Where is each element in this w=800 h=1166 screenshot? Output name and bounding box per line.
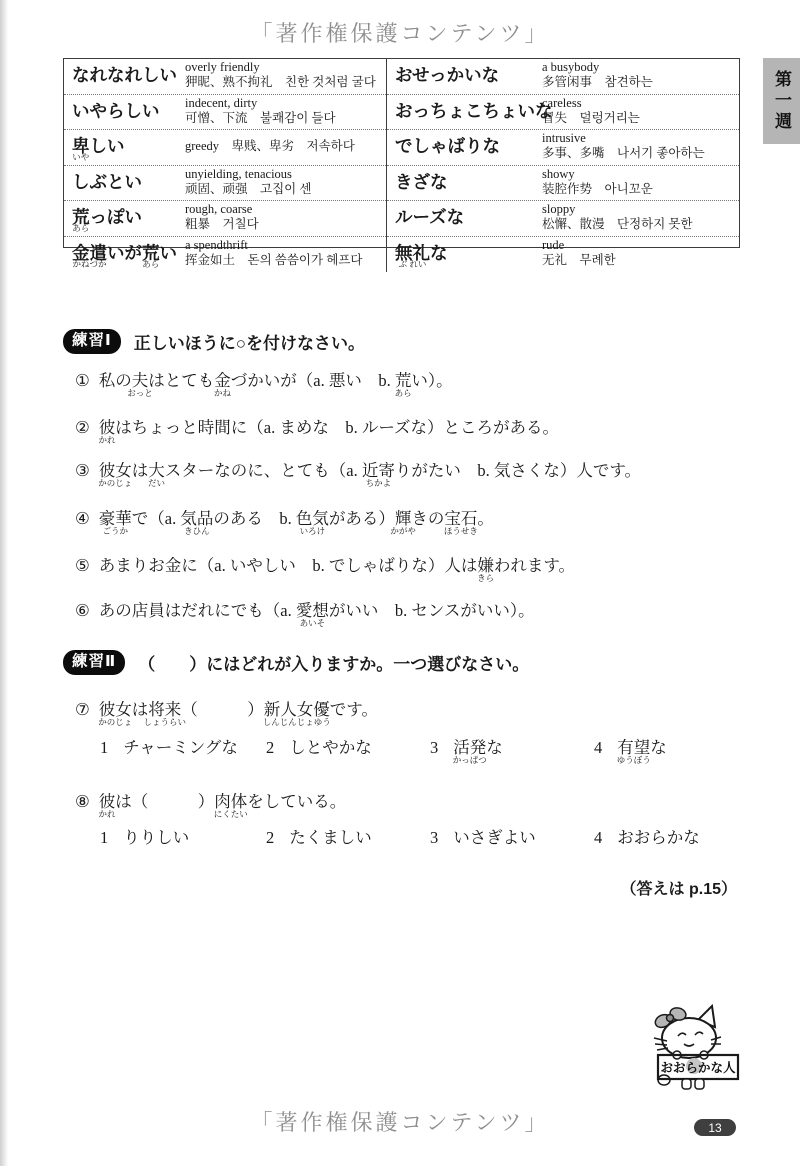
text-segment: おっちょこちょいな: [395, 101, 553, 121]
vocab-word: 荒っぽい: [66, 208, 185, 226]
text-segment: いさぎよい: [453, 828, 536, 847]
text-segment: （ ）: [181, 700, 264, 719]
text-segment: チャーミングな: [123, 738, 238, 757]
vocab-row: 無礼なrude无礼 무례한: [387, 237, 739, 273]
answer-option: 3いさぎよい: [430, 828, 536, 848]
answer-option: 3活発な: [430, 738, 503, 758]
textbook-page: 「著作権保護コンテンツ」 第一週 なれなれしいoverly friendly狎昵…: [0, 0, 800, 1166]
meaning-cjk: 可憎、下流 불쾌감이 들다: [185, 111, 382, 126]
vocab-word: ルーズな: [389, 208, 542, 226]
question-sentence: ①私の夫はとても金づかいが（a. 悪い b. 荒い）。: [75, 371, 453, 391]
vocab-meaning: a busybody多管闲事 참견하는: [542, 60, 737, 91]
week-tab-label: 第一週: [769, 70, 794, 133]
cat-mascot: おおらかな人: [650, 1002, 768, 1094]
text-segment: ルーズな: [395, 207, 464, 227]
question-number: ⑤: [75, 556, 90, 575]
question-number: ⑥: [75, 601, 90, 620]
vocab-word: おせっかいな: [389, 66, 542, 84]
answer-page-note: （答えは p.15）: [621, 876, 737, 899]
ruby-word: 輝: [395, 509, 412, 529]
ruby-word: 荒: [72, 208, 90, 226]
question-sentence: ②彼はちょっと時間に（a. まめな b. ルーズな）ところがある。: [75, 418, 559, 438]
text-segment: です。: [330, 700, 378, 719]
meaning-english: a busybody: [542, 60, 735, 75]
text-segment: い: [160, 243, 178, 263]
exercise-2-badge: 練習Ⅱ: [63, 650, 125, 675]
ruby-word: 彼女: [99, 700, 132, 720]
vocab-row: でしゃばりなintrusive多事、多嘴 나서기 좋아하는: [387, 130, 739, 166]
ruby-word: 将来: [148, 700, 181, 720]
vocab-row: きざなshowy装腔作势 아니꼬운: [387, 166, 739, 202]
option-number: 4: [594, 828, 602, 847]
ruby-word: 荒: [395, 371, 412, 391]
vocab-word: おっちょこちょいな: [389, 102, 542, 120]
question-number: ③: [75, 461, 90, 480]
meaning-english: indecent, dirty: [185, 96, 382, 111]
copyright-header: 「著作権保護コンテンツ」: [0, 17, 800, 48]
text-segment: りがたい b. 気さくな）人です。: [395, 461, 641, 480]
ruby-word: 愛想: [296, 601, 329, 621]
week-tab: 第一週: [763, 58, 800, 144]
vocab-meaning: indecent, dirty可憎、下流 불쾌감이 들다: [185, 96, 384, 127]
meaning-english: overly friendly: [185, 60, 382, 75]
meaning-cjk: 松懈、散漫 단정하지 못한: [542, 217, 735, 232]
vocab-word: 無礼な: [389, 244, 542, 262]
text-segment: な: [486, 738, 503, 757]
meaning-english: unyielding, tenacious: [185, 167, 382, 182]
question-sentence: ⑤あまりお金に（a. いやしい b. でしゃばりな）人は嫌われます。: [75, 556, 575, 576]
vocab-row: 卑しいgreedy 卑贱、卑劣 저속하다: [64, 130, 386, 166]
question-sentence: ⑥あの店員はだれにでも（a. 愛想がいい b. センスがいい）。: [75, 601, 535, 621]
vocab-meaning: sloppy松懈、散漫 단정하지 못한: [542, 202, 737, 233]
meaning-cjk: 冒失 덜렁거리는: [542, 111, 735, 126]
vocab-row: いやらしいindecent, dirty可憎、下流 불쾌감이 들다: [64, 95, 386, 131]
vocab-meaning: greedy 卑贱、卑劣 저속하다: [185, 139, 384, 154]
exercise-2-instruction: （ ）にはどれが入りますか。一つ選びなさい。: [138, 650, 529, 675]
meaning-english: sloppy: [542, 202, 735, 217]
exercise-1-header: 練習Ⅰ 正しいほうに○を付けなさい。: [63, 329, 365, 354]
ruby-word: 豪華: [99, 509, 132, 529]
vocab-row: しぶといunyielding, tenacious顽固、顽强 고집이 센: [64, 166, 386, 202]
vocab-column-left: なれなれしいoverly friendly狎昵、熟不拘礼 친한 것처럼 굴다いや…: [64, 59, 386, 272]
option-number: 4: [594, 738, 602, 757]
vocab-word: 金遣いが荒い: [66, 244, 185, 262]
text-segment: いが: [107, 243, 142, 263]
question-number: ②: [75, 418, 90, 437]
question-number: ①: [75, 371, 90, 390]
vocab-column-right: おせっかいなa busybody多管闲事 참견하는おっちょこちょいなcarele…: [386, 59, 739, 272]
vocab-row: 金遣いが荒いa spendthrift挥金如土 돈의 씀씀이가 헤프다: [64, 237, 386, 273]
question-sentence: ④豪華で（a. 気品のある b. 色気がある）輝きの宝石。: [75, 509, 494, 529]
text-segment: きざな: [395, 172, 448, 192]
option-number: 2: [266, 738, 274, 757]
ruby-word: 気品: [180, 509, 213, 529]
ruby-word: 彼女: [99, 461, 132, 481]
question-number: ⑧: [75, 792, 90, 811]
meaning-english: a spendthrift: [185, 238, 382, 253]
text-segment: なれなれしい: [72, 65, 177, 85]
text-segment: づかいが（a. 悪い b.: [231, 371, 395, 390]
text-segment: しぶとい: [72, 172, 142, 192]
text-segment: な: [650, 738, 667, 757]
vocab-meaning: a spendthrift挥金如土 돈의 씀씀이가 헤프다: [185, 238, 384, 269]
text-segment: あまりお金に（a. いやしい b. でしゃばりな）人は: [99, 556, 478, 575]
text-segment: りりしい: [123, 828, 189, 847]
text-segment: っぽい: [90, 207, 143, 227]
answer-option: 2たくましい: [266, 828, 372, 848]
ruby-word: 肉体: [214, 792, 247, 812]
vocab-meaning: overly friendly狎昵、熟不拘礼 친한 것처럼 굴다: [185, 60, 384, 91]
meaning-cjk: 多管闲事 참견하는: [542, 75, 735, 90]
question-sentence: ⑦彼女は将来（ ）新人女優です。: [75, 700, 378, 720]
exercise-1-badge: 練習Ⅰ: [63, 329, 121, 354]
meaning-line: greedy 卑贱、卑劣 저속하다: [185, 139, 382, 154]
copyright-footer: 「著作権保護コンテンツ」: [0, 1106, 800, 1137]
question-number: ④: [75, 509, 90, 528]
answer-option: 2しとやかな: [266, 738, 372, 758]
text-segment: しとやかな: [289, 738, 372, 757]
ruby-word: 彼: [99, 792, 116, 812]
vocab-row: ルーズなsloppy松懈、散漫 단정하지 못한: [387, 201, 739, 237]
text-segment: をしている。: [247, 792, 346, 811]
option-number: 3: [430, 828, 438, 847]
meaning-english: showy: [542, 167, 735, 182]
text-segment: がある）: [329, 509, 395, 528]
meaning-english: rough, coarse: [185, 202, 382, 217]
meaning-cjk: 狎昵、熟不拘礼 친한 것처럼 굴다: [185, 75, 382, 90]
exercise-2-header: 練習Ⅱ （ ）にはどれが入りますか。一つ選びなさい。: [63, 650, 529, 675]
text-segment: な: [430, 243, 448, 263]
vocab-row: なれなれしいoverly friendly狎昵、熟不拘礼 친한 것처럼 굴다: [64, 59, 386, 95]
vocab-word: でしゃばりな: [389, 137, 542, 155]
page-number: 13: [708, 1121, 721, 1135]
ruby-word: 金: [214, 371, 231, 391]
ruby-word: 新人女優: [264, 700, 330, 720]
vocab-row: おっちょこちょいなcareless冒失 덜렁거리는: [387, 95, 739, 131]
vocab-meaning: showy装腔作势 아니꼬운: [542, 167, 737, 198]
vocab-row: 荒っぽいrough, coarse粗暴 거칠다: [64, 201, 386, 237]
answer-option: 4有望な: [594, 738, 667, 758]
text-segment: いやらしい: [72, 101, 160, 121]
page-edge-shadow: [0, 0, 8, 1166]
text-segment: おおらかな: [617, 828, 700, 847]
ruby-word: 無礼: [395, 244, 430, 262]
ruby-word: 有望: [617, 738, 650, 758]
mascot-sign-label: おおらかな人: [660, 1061, 736, 1075]
text-segment: はちょっと時間に（a. まめな b. ルーズな）ところがある。: [115, 418, 559, 437]
ruby-word: 卑: [72, 137, 90, 155]
ruby-word: 彼: [99, 418, 116, 438]
ruby-word: 荒: [142, 244, 160, 262]
question-number: ⑦: [75, 700, 90, 719]
vocab-word: 卑しい: [66, 137, 185, 155]
option-number: 1: [100, 828, 108, 847]
text-segment: がいい b. センスがいい）。: [329, 601, 535, 620]
option-number: 1: [100, 738, 108, 757]
vocab-row: おせっかいなa busybody多管闲事 참견하는: [387, 59, 739, 95]
text-segment: おせっかいな: [395, 65, 499, 85]
text-segment: は: [132, 461, 149, 480]
vocab-meaning: rough, coarse粗暴 거칠다: [185, 202, 384, 233]
page-number-badge: 13: [694, 1119, 736, 1136]
meaning-english: careless: [542, 96, 735, 111]
answer-option: 4おおらかな: [594, 828, 700, 848]
meaning-cjk: 无礼 무례한: [542, 253, 735, 268]
text-segment: われます。: [494, 556, 575, 575]
meaning-cjk: 顽固、顽强 고집이 센: [185, 182, 382, 197]
vocab-word: いやらしい: [66, 102, 185, 120]
text-segment: はとても: [148, 371, 214, 390]
ruby-word: 色気: [296, 509, 329, 529]
vocab-word: きざな: [389, 173, 542, 191]
option-number: 2: [266, 828, 274, 847]
vocab-word: しぶとい: [66, 173, 185, 191]
ruby-word: 大: [148, 461, 165, 481]
ruby-word: 活発: [453, 738, 486, 758]
text-segment: い）。: [411, 371, 452, 390]
text-segment: 。: [477, 509, 494, 528]
text-segment: たくましい: [289, 828, 372, 847]
text-segment: あの店員はだれにでも（a.: [99, 601, 296, 620]
text-segment: スターなのに、とても（a.: [165, 461, 362, 480]
ruby-word: 嫌: [477, 556, 494, 576]
meaning-english: rude: [542, 238, 735, 253]
question-sentence: ③彼女は大スターなのに、とても（a. 近寄りがたい b. 気さくな）人です。: [75, 461, 641, 481]
ruby-word: 金遣: [72, 244, 107, 262]
text-segment: は（ ）: [115, 792, 214, 811]
vocab-meaning: careless冒失 덜렁거리는: [542, 96, 737, 127]
vocab-table: なれなれしいoverly friendly狎昵、熟不拘礼 친한 것처럼 굴다いや…: [63, 58, 740, 248]
meaning-cjk: 挥金如土 돈의 씀씀이가 헤프다: [185, 253, 382, 268]
ruby-word: 夫: [132, 371, 149, 391]
option-number: 3: [430, 738, 438, 757]
text-segment: で（a.: [132, 509, 181, 528]
ruby-word: 宝石: [444, 509, 477, 529]
exercise-1-instruction: 正しいほうに○を付けなさい。: [134, 329, 365, 354]
meaning-english: intrusive: [542, 131, 735, 146]
answer-option: 1りりしい: [100, 828, 189, 848]
answer-option: 1チャーミングな: [100, 738, 238, 758]
ruby-word: 近寄: [362, 461, 395, 481]
text-segment: しい: [90, 136, 125, 156]
meaning-cjk: 粗暴 거칠다: [185, 217, 382, 232]
meaning-cjk: 装腔作势 아니꼬운: [542, 182, 735, 197]
vocab-word: なれなれしい: [66, 66, 185, 84]
text-segment: でしゃばりな: [395, 136, 500, 156]
question-sentence: ⑧彼は（ ）肉体をしている。: [75, 792, 346, 812]
vocab-meaning: intrusive多事、多嘴 나서기 좋아하는: [542, 131, 737, 162]
cat-mascot-drawing: [653, 1006, 738, 1089]
vocab-meaning: rude无礼 무례한: [542, 238, 737, 269]
vocab-meaning: unyielding, tenacious顽固、顽强 고집이 센: [185, 167, 384, 198]
meaning-cjk: 多事、多嘴 나서기 좋아하는: [542, 146, 735, 161]
text-segment: きの: [411, 509, 444, 528]
text-segment: のある b.: [213, 509, 296, 528]
